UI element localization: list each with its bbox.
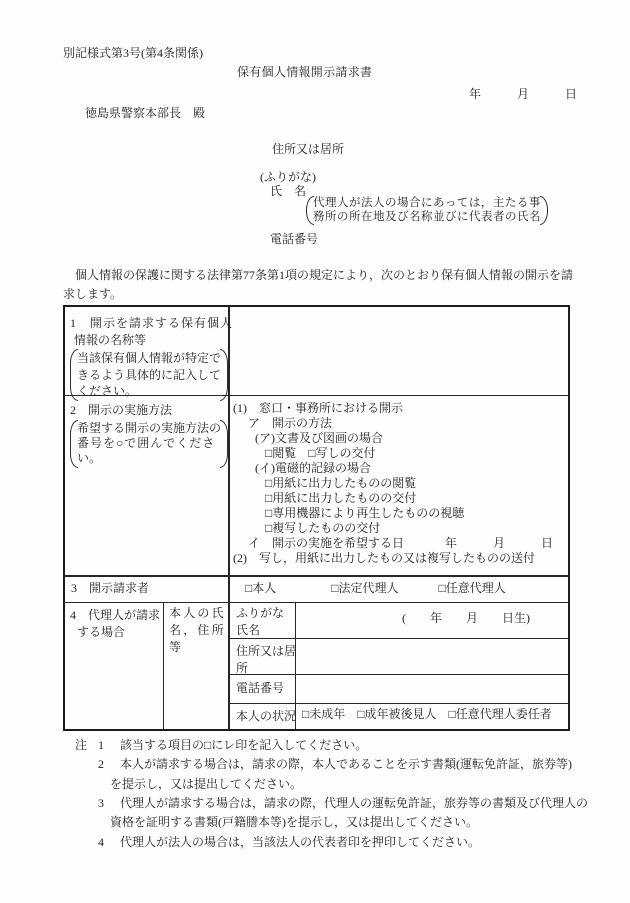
checkbox-option-line: □複写したものの交付 [230,521,568,536]
desired-date-blank: 年 月 日 [445,536,553,551]
note-marker: 注 [75,739,98,752]
row2-heading-cell: 2 開示の実施方法 希望する開示の実施方法の 番号を○で囲んでくださ い。 [65,396,228,574]
row2-instruction-note: 希望する開示の実施方法の 番号を○で囲んでくださ い。 [70,420,228,468]
note-item: 4代理人が法人の場合は，当該法人の代表者印を押印してください。 [98,836,480,849]
field-value-name: ( 年 月 日生) [296,603,568,638]
field-value-address [296,639,568,674]
note-item-continuation: 資格を証明する書類(戸籍謄本等)を提示し，又は提出してください。 [110,816,478,829]
checkbox-option-line: □未成年 □成年被後見人 □任意代理人委任者 [302,707,552,721]
form-number: 別記様式第3号(第4条関係) [63,47,203,60]
field-label-principal-status: 本人の状況 [230,704,295,729]
principal-status-options: □未成年 □成年被後見人 □任意代理人委任者 [296,704,568,729]
disclosure-method-list: (1) 窓口・事務所における開示 ア 開示の方法 (ア)文書及び図画の場合 □閲… [230,396,568,574]
request-table: 1 開示を請求する保有個人 情報の名称等 当該保有個人情報が特定で きるよう具体… [63,305,570,731]
furigana-label: (ふりがな) [260,171,316,184]
note-item: 3代理人が請求する場合は，請求の際，代理人の運転免許証，旅券等の書類及び代理人の [98,797,588,810]
principal-info-group-label: 本人の氏 名，住所 等 [164,603,228,729]
list-item: ア 開示の方法 [230,416,568,431]
field-label-furigana-name: ふりがな 氏名 [230,603,295,638]
field-value-phone [296,675,568,703]
intro-paragraph: 個人情報の保護に関する法律第77条第1項の規定により，次のとおり保有個人情報の開… [63,266,575,304]
corporate-agent-note: 代理人が法人の場合にあっては，主たる事 務所の所在地及び名称並びに代表者の氏名 [306,196,548,225]
name-label: 氏 名 [270,185,306,198]
birthdate-placeholder: ( 年 月 日生) [402,611,530,625]
list-item: (2) 写し，用紙に出力したもの又は複写したものの送付 [230,551,568,566]
row1-heading-cell: 1 開示を請求する保有個人 情報の名称等 当該保有個人情報が特定で きるよう具体… [65,307,228,395]
note-item: 2本人が請求する場合は，請求の際，本人であることを示す書類(運転免許証，旅券等) [98,758,572,771]
desired-date-line: イ 開示の実施を希望する日 年 月 日 [230,536,568,551]
field-label-phone: 電話番号 [230,675,295,703]
address-label: 住所又は居所 [272,143,344,156]
row3-heading-cell: 3 開示請求者 [65,577,228,602]
list-item: (1) 窓口・事務所における開示 [230,401,568,416]
checkbox-option-line: □用紙に出力したものの交付 [230,491,568,506]
checkbox-option-line: □閲覧 □写しの交付 [230,446,568,461]
row1-instruction-note: 当該保有個人情報が特定で きるよう具体的に記入して ください。 [70,349,228,401]
checkbox-option: □本人 [245,582,276,602]
checkbox-option: □任意代理人 [439,582,506,602]
note-item: 注1該当する項目の□にレ印を記入してください。 [75,739,367,752]
date-line: 年 月 日 [469,88,577,101]
checkbox-option: □法定代理人 [331,582,398,602]
list-item: (イ)電磁的記録の場合 [230,461,568,476]
note-item-continuation: を提示し，又は提出してください。 [110,778,302,791]
addressee: 徳島県警察本部長 殿 [85,107,205,120]
document-page: 別記様式第3号(第4条関係) 保有個人情報開示請求書 年 月 日 徳島県警察本部… [0,0,630,903]
phone-label: 電話番号 [270,233,318,246]
checkbox-option-line: □専用機器により再生したものの視聴 [230,506,568,521]
list-item: (ア)文書及び図画の場合 [230,431,568,446]
requester-options: □本人 □法定代理人 □任意代理人 [230,577,568,602]
page-title: 保有個人情報開示請求書 [237,66,372,79]
row4-heading-cell: 4 代理人が請求 する場合 [65,603,163,729]
checkbox-option-line: □用紙に出力したものの閲覧 [230,476,568,491]
row1-entry-area [230,307,568,395]
field-label-address: 住所又は居 所 [230,639,295,674]
